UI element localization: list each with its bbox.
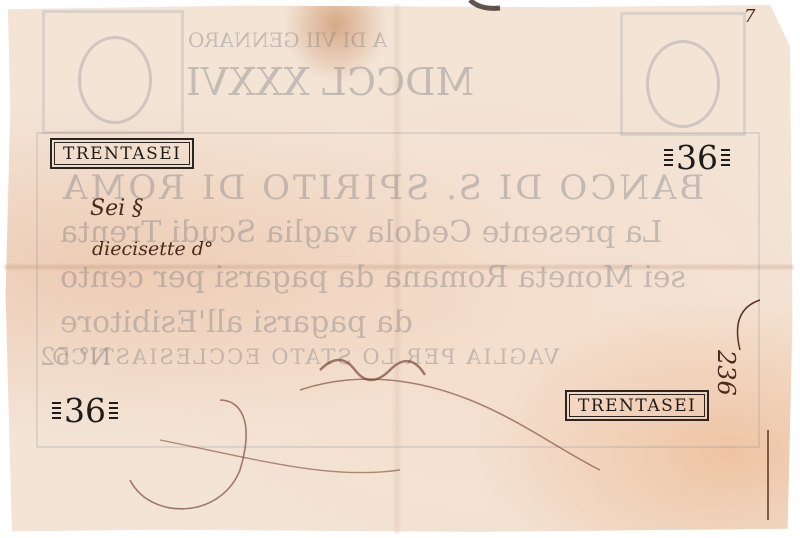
signature-strokes [0, 0, 800, 538]
